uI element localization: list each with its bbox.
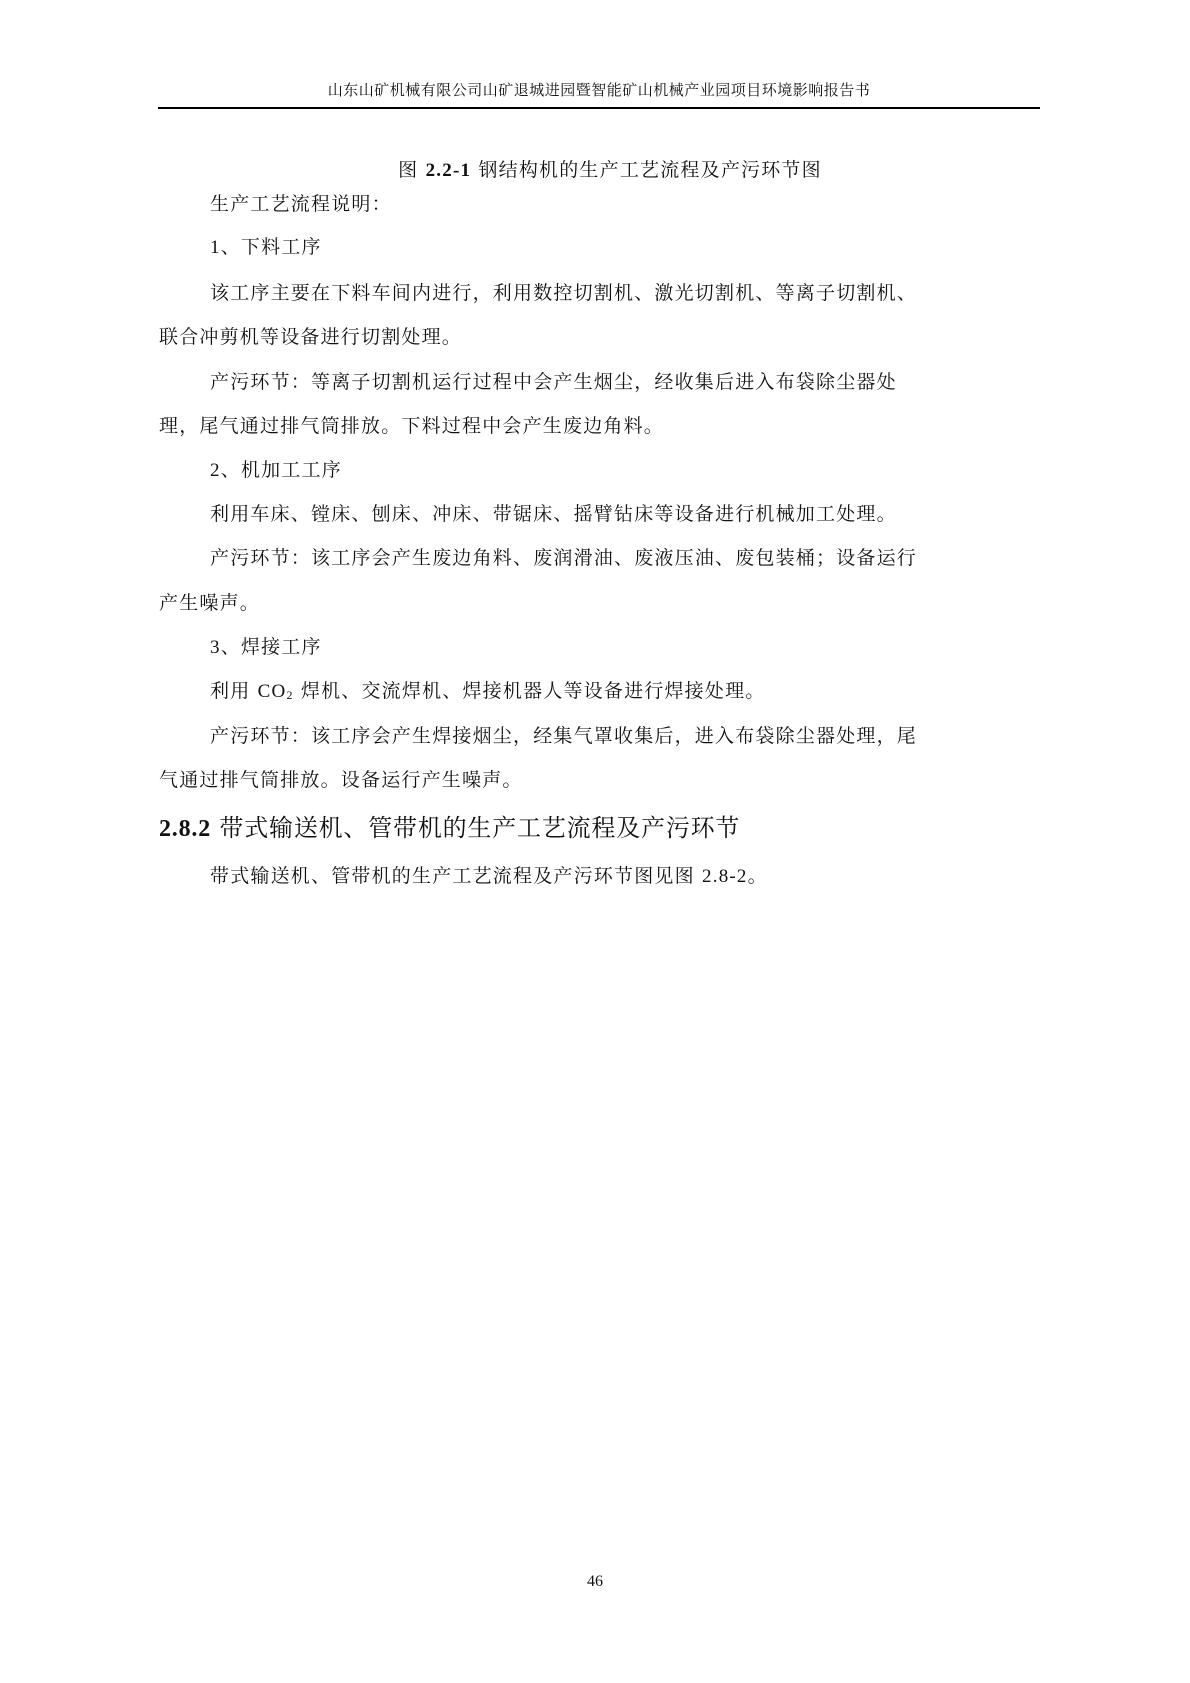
- step3-para1-line1: 利用 CO2 焊机、交流焊机、焊接机器人等设备进行焊接处理。: [210, 678, 765, 705]
- step2-para2-line1: 产污环节：该工序会产生废边角料、废润滑油、废液压油、废包装桶；设备运行: [210, 545, 917, 571]
- step1-para2-line1: 产污环节：等离子切割机运行过程中会产生烟尘，经收集后进入布袋除尘器处: [210, 369, 897, 395]
- caption-prefix: 图: [398, 159, 425, 181]
- running-header: 山东山矿机械有限公司山矿退城进园暨智能矿山机械产业园项目环境影响报告书: [158, 80, 1040, 100]
- caption-text: 钢结构机的生产工艺流程及产污环节图: [471, 159, 822, 181]
- process-intro: 生产工艺流程说明：: [210, 191, 392, 217]
- header-divider: [158, 107, 1040, 109]
- step3-title: 3、焊接工序: [210, 634, 322, 661]
- step2-title: 2、机加工工序: [210, 457, 342, 484]
- step1-para1-line1: 该工序主要在下料车间内进行，利用数控切割机、激光切割机、等离子切割机、: [210, 280, 917, 306]
- step1-para1-line2: 联合冲剪机等设备进行切割处理。: [159, 324, 462, 350]
- figure-caption: 图 2.2-1 钢结构机的生产工艺流程及产污环节图: [0, 157, 1190, 184]
- section-para: 带式输送机、管带机的生产工艺流程及产污环节图见图 2.8-2。: [210, 863, 768, 890]
- page-number: 46: [0, 1572, 1190, 1592]
- step1-title: 1、下料工序: [210, 234, 322, 261]
- step1-para2-line2: 理，尾气通过排气筒排放。下料过程中会产生废边角料。: [159, 413, 664, 439]
- caption-number: 2.2-1: [426, 160, 472, 181]
- step2-para2-line2: 产生噪声。: [159, 590, 260, 616]
- step3-para2-line2: 气通过排气筒排放。设备运行产生噪声。: [159, 767, 523, 793]
- step3-para2-line1: 产污环节：该工序会产生焊接烟尘，经集气罩收集后，进入布袋除尘器处理，尾: [210, 723, 917, 749]
- document-page: 山东山矿机械有限公司山矿退城进园暨智能矿山机械产业园项目环境影响报告书 图 2.…: [0, 0, 1190, 1683]
- step2-para1-line1: 利用车床、镗床、刨床、冲床、带锯床、摇臂钻床等设备进行机械加工处理。: [210, 501, 897, 527]
- section-heading: 2.8.2 带式输送机、管带机的生产工艺流程及产污环节: [159, 812, 740, 845]
